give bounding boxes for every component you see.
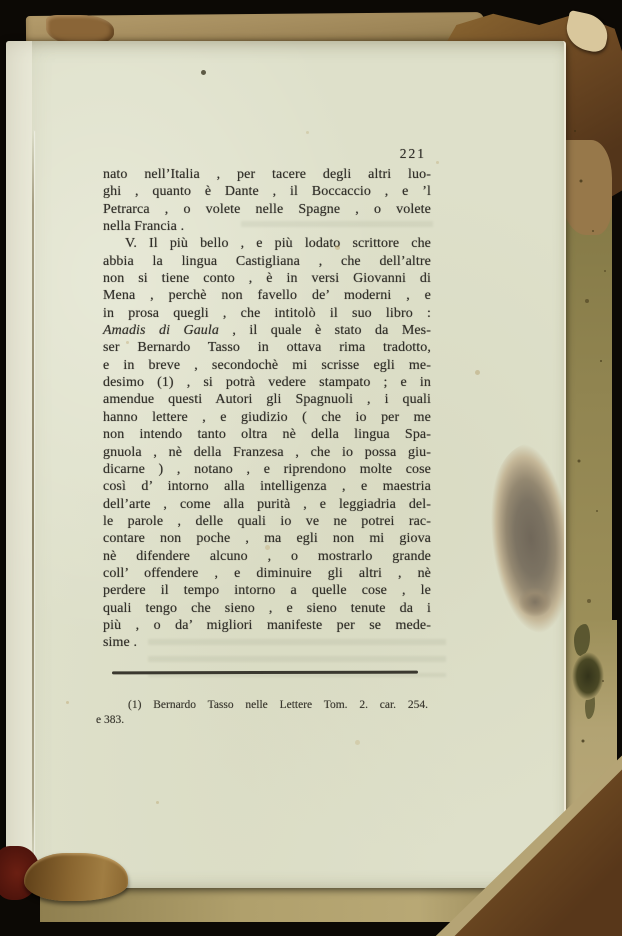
text-line: così d’ intorno alla intelligenza , e ma…: [103, 478, 431, 495]
text-line: dell’arte , come alla purità , e leggiad…: [103, 496, 431, 513]
text-line: hanno lettere , e giudizio ( che io per …: [103, 409, 431, 426]
text-line: contare non poche , ma egli non mi giova: [103, 530, 431, 547]
text-line: abbia la lingua Castigliana , che dell’a…: [103, 253, 431, 270]
text-line: quali tengo che sieno , e sieno tenute d…: [103, 600, 431, 617]
text-line: le parole , delle quali io ve ne potrei …: [103, 513, 431, 530]
foxing-specks: [6, 41, 9, 44]
text-line: ser Bernardo Tasso in ottava rima tradot…: [103, 339, 431, 356]
text-line: Amadis di Gaula , il quale è stato da Me…: [103, 322, 431, 339]
page-number: 221: [376, 146, 426, 162]
text-line: nato nell’Italia , per tacere degli altr…: [103, 166, 431, 183]
text-line: più , o da’ migliori manifeste per se me…: [103, 617, 431, 634]
text-line: Petrarca , o volete nelle Spagne , o vol…: [103, 201, 431, 218]
text-line: in prosa quegli , che intitolò il suo li…: [103, 305, 431, 322]
page-crease: [32, 131, 34, 871]
page-gutter: [6, 41, 32, 888]
text-line: nè difendere alcuno , o mostrarlo grande: [103, 548, 431, 565]
text-line: gnuola , nè della Franzesa , che io poss…: [103, 444, 431, 461]
cover-roll-bottomleft: [24, 853, 128, 901]
text-line: desimo (1) , si potrà vedere stampato ; …: [103, 374, 431, 391]
ink-showthrough-upper: [241, 221, 433, 236]
text-line: dicarne ) , notano , e riprendono molte …: [103, 461, 431, 478]
footnote-line: e 383.: [96, 713, 428, 728]
footnote-text: (1) Bernardo Tasso nelle Lettere Tom. 2.…: [96, 698, 428, 727]
text-line: amendue questi Autori gli Spagnuoli , i …: [103, 391, 431, 408]
text-line: Mena , perchè non favello de’ moderni , …: [103, 287, 431, 304]
text-line: ghi , quanto è Dante , il Boccaccio , e …: [103, 183, 431, 200]
scanned-book-photo: 221 nato nell’Italia , per tacere degli …: [0, 0, 622, 936]
text-line: e in breve , secondochè mi scrisse egli …: [103, 357, 431, 374]
text-line: non intendo tanto oltra nè della lingua …: [103, 426, 431, 443]
text-line: non si tiene conto , è in versi Giovanni…: [103, 270, 431, 287]
cover-worn-area-right: [560, 140, 612, 235]
italic-book-title: Amadis di Gaula: [103, 323, 219, 338]
body-text: nato nell’Italia , per tacere degli altr…: [103, 166, 431, 652]
text-line: coll’ offendere , e diminuire gli altri …: [103, 565, 431, 582]
book-page: 221 nato nell’Italia , per tacere degli …: [6, 41, 566, 888]
footnote-line: (1) Bernardo Tasso nelle Lettere Tom. 2.…: [96, 698, 428, 713]
text-line: perdere il tempo intorno a quelle cose ,…: [103, 582, 431, 599]
text-line: V. Il più bello , e più lodato scrittore…: [103, 235, 431, 252]
